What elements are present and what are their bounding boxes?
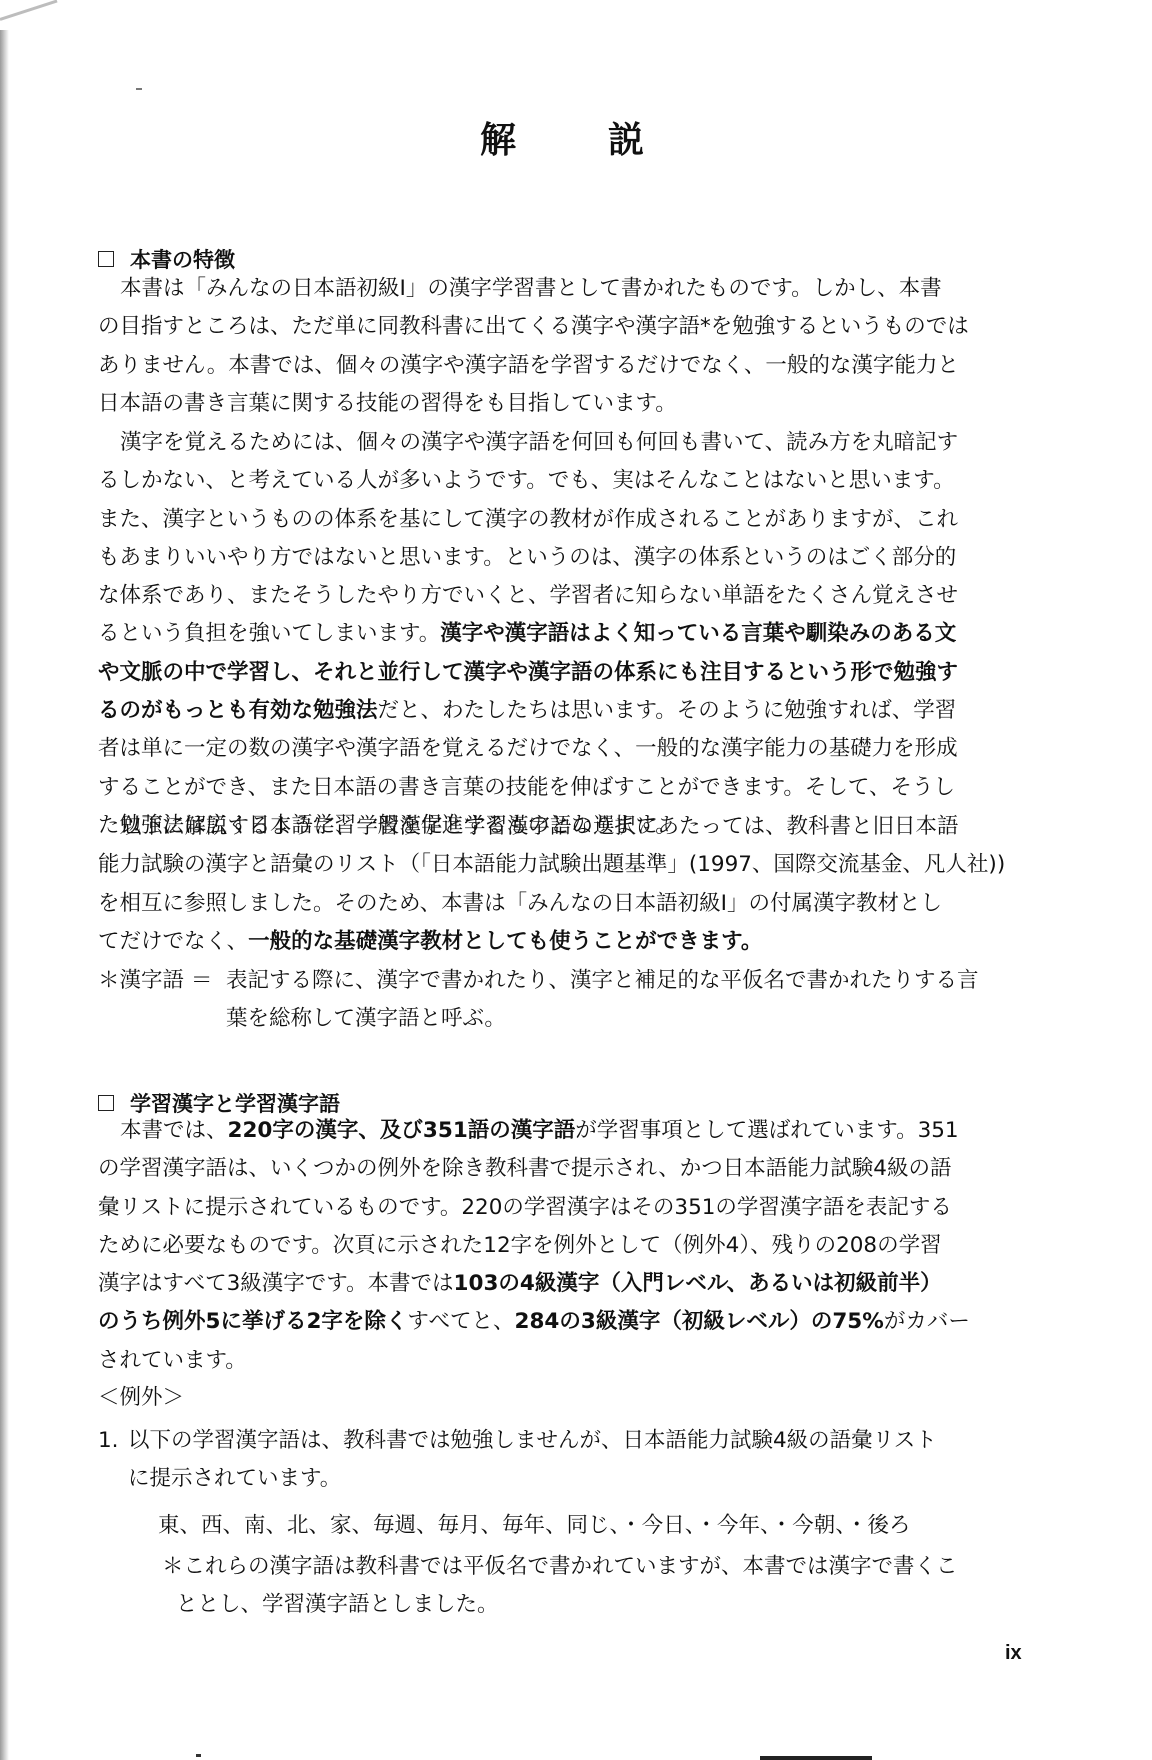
text-line: 漢字を覚えるためには、個々の漢字や漢字語を何回も何回も書いて、読み方を丸暗記す	[98, 424, 1032, 462]
text-line: のうち例外5に挙げる2字を除くすべてと、284の3級漢字（初級レベル）の75%が…	[98, 1303, 1032, 1341]
exception-row: 1. 以下の学習漢字語は、教科書では勉強しませんが、日本語能力試験4級の語彙リス…	[98, 1422, 937, 1460]
bold-emphasis: 220字の漢字、及び351語の漢字語	[228, 1118, 576, 1143]
plain-text: が学習事項として選ばれています。351	[575, 1118, 958, 1143]
bold-emphasis: 284の3級漢字（初級レベル）の75%	[515, 1309, 884, 1334]
text-line: るのがもっとも有効な勉強法だと、わたしたちは思います。そのように勉強すれば、学習	[98, 692, 1032, 730]
text-line: 能力試験の漢字と語彙のリスト（「日本語能力試験出題基準」(1997、国際交流基金…	[98, 846, 1032, 884]
text-line: 本書は「みんなの日本語初級Ⅰ」の漢字学習書として書かれたものです。しかし、本書	[98, 270, 1032, 308]
text-line: の学習漢字語は、いくつかの例外を除き教科書で提示され、かつ日本語能力試験4級の語	[98, 1150, 1032, 1188]
scan-mark	[196, 1754, 201, 1757]
page-corner-shadow	[0, 0, 58, 21]
scan-speck	[136, 88, 142, 90]
text-line: 本書では、220字の漢字、及び351語の漢字語が学習事項として選ばれています。3…	[98, 1112, 1032, 1150]
text-line: 者は単に一定の数の漢字や漢字語を覚えるだけでなく、一般的な漢字能力の基礎力を形成	[98, 730, 1032, 768]
text-line: を相互に参照しました。そのため、本書は「みんなの日本語初級Ⅰ」の付属漢字教材とし	[98, 885, 1032, 923]
exception-item-1: 1. 以下の学習漢字語は、教科書では勉強しませんが、日本語能力試験4級の語彙リス…	[98, 1422, 937, 1498]
bold-emphasis: 一般的な基礎漢字教材としても使うことができます。	[248, 929, 762, 954]
exception-note-text: ＊これらの漢字語は教科書では平仮名で書かれていますが、本書では漢字で書くこ	[162, 1548, 958, 1586]
plain-text: 本書では、	[120, 1118, 228, 1143]
footnote-kanji-word: ＊漢字語 ＝ 表記する際に、漢字で書かれたり、漢字と補足的な平仮名で書かれたりす…	[98, 962, 979, 1038]
exception-number: 1.	[98, 1422, 128, 1460]
bold-emphasis: 103の4級漢字（入門レベル、あるいは初級前半）	[454, 1271, 942, 1296]
footnote-row: ＊漢字語 ＝ 表記する際に、漢字で書かれたり、漢字と補足的な平仮名で書かれたりす…	[98, 962, 979, 1000]
text-line: することができ、また日本語の書き言葉の技能を伸ばすことができます。そして、そうし	[98, 769, 1032, 807]
text-line: もあまりいいやり方ではないと思います。というのは、漢字の体系というのはごく部分的	[98, 539, 1032, 577]
exception-text: に提示されています。	[98, 1460, 937, 1498]
footnote-text: 表記する際に、漢字で書かれたり、漢字と補足的な平仮名で書かれたりする言	[226, 962, 979, 1000]
plain-text: すべてと、	[407, 1309, 514, 1334]
paragraph-1: 本書は「みんなの日本語初級Ⅰ」の漢字学習書として書かれたものです。しかし、本書 …	[98, 270, 1032, 423]
plain-text: るという負担を強いてしまいます。	[98, 621, 440, 646]
footnote-text: 葉を総称して漢字語と呼ぶ。	[98, 1000, 979, 1038]
exception-note: ＊これらの漢字語は教科書では平仮名で書かれていますが、本書では漢字で書くこ とと…	[162, 1548, 958, 1624]
paragraph-2: 漢字を覚えるためには、個々の漢字や漢字語を何回も何回も書いて、読み方を丸暗記す …	[98, 424, 1032, 845]
text-line: また、漢字というものの体系を基にして漢字の教材が作成されることがありますが、これ	[98, 501, 1032, 539]
text-line: 彙リストに提示されているものです。220の学習漢字はその351の学習漢字語を表記…	[98, 1189, 1032, 1227]
page-number: ix	[1005, 1642, 1022, 1665]
paragraph-3: 以下に解説するように、学習漢字と学習漢字語の選択にあたっては、教科書と旧日本語 …	[98, 808, 1032, 961]
plain-text: 漢字はすべて3級漢字です。本書では	[98, 1271, 454, 1296]
exception-note-text: ととし、学習漢字語としました。	[162, 1586, 958, 1624]
page-binding-edge	[0, 30, 9, 1760]
paragraph-4: 本書では、220字の漢字、及び351語の漢字語が学習事項として選ばれています。3…	[98, 1112, 1032, 1380]
bold-emphasis: 漢字や漢字語はよく知っている言葉や馴染みのある文	[440, 621, 956, 646]
exception-text: 以下の学習漢字語は、教科書では勉強しませんが、日本語能力試験4級の語彙リスト	[128, 1422, 937, 1460]
scan-mark	[760, 1756, 872, 1760]
text-line: るという負担を強いてしまいます。漢字や漢字語はよく知っている言葉や馴染みのある文	[98, 615, 1032, 653]
bold-emphasis: のうち例外5に挙げる2字を除く	[98, 1309, 407, 1334]
exception-word-list: 東、西、南、北、家、毎週、毎月、毎年、同じ、・今日、・今年、・今朝、・後ろ	[158, 1508, 911, 1539]
plain-text: てだけでなく、	[98, 929, 248, 954]
text-line: てだけでなく、一般的な基礎漢字教材としても使うことができます。	[98, 923, 1032, 961]
text-line: ありません。本書では、個々の漢字や漢字語を学習するだけでなく、一般的な漢字能力と	[98, 347, 1032, 385]
bold-emphasis: るのがもっとも有効な勉強法	[98, 698, 378, 723]
checkbox-icon	[98, 1095, 114, 1111]
text-line: るしかない、と考えている人が多いようです。でも、実はそんなことはないと思います。	[98, 462, 1032, 500]
checkbox-icon	[98, 251, 114, 267]
plain-text: だと、わたしたちは思います。そのように勉強すれば、学習	[378, 698, 957, 723]
exceptions-heading: ＜例外＞	[98, 1380, 184, 1411]
footnote-label: ＊漢字語 ＝	[98, 962, 226, 1000]
text-line-bold: や文脈の中で学習し、それと並行して漢字や漢字語の体系にも注目するという形で勉強す	[98, 654, 1032, 692]
page-title: 解 説	[0, 112, 1152, 163]
text-line: の目指すところは、ただ単に同教科書に出てくる漢字や漢字語*を勉強するというもので…	[98, 308, 1032, 346]
text-line: ために必要なものです。次頁に示された12字を例外として（例外4）、残りの208の…	[98, 1227, 1032, 1265]
text-line: 漢字はすべて3級漢字です。本書では103の4級漢字（入門レベル、あるいは初級前半…	[98, 1265, 1032, 1303]
text-line: な体系であり、またそうしたやり方でいくと、学習者に知らない単語をたくさん覚えさせ	[98, 577, 1032, 615]
text-line: 日本語の書き言葉に関する技能の習得をも目指しています。	[98, 385, 1032, 423]
text-line: 以下に解説するように、学習漢字と学習漢字語の選択にあたっては、教科書と旧日本語	[98, 808, 1032, 846]
text-line: されています。	[98, 1342, 1032, 1380]
plain-text: がカバー	[884, 1309, 970, 1334]
